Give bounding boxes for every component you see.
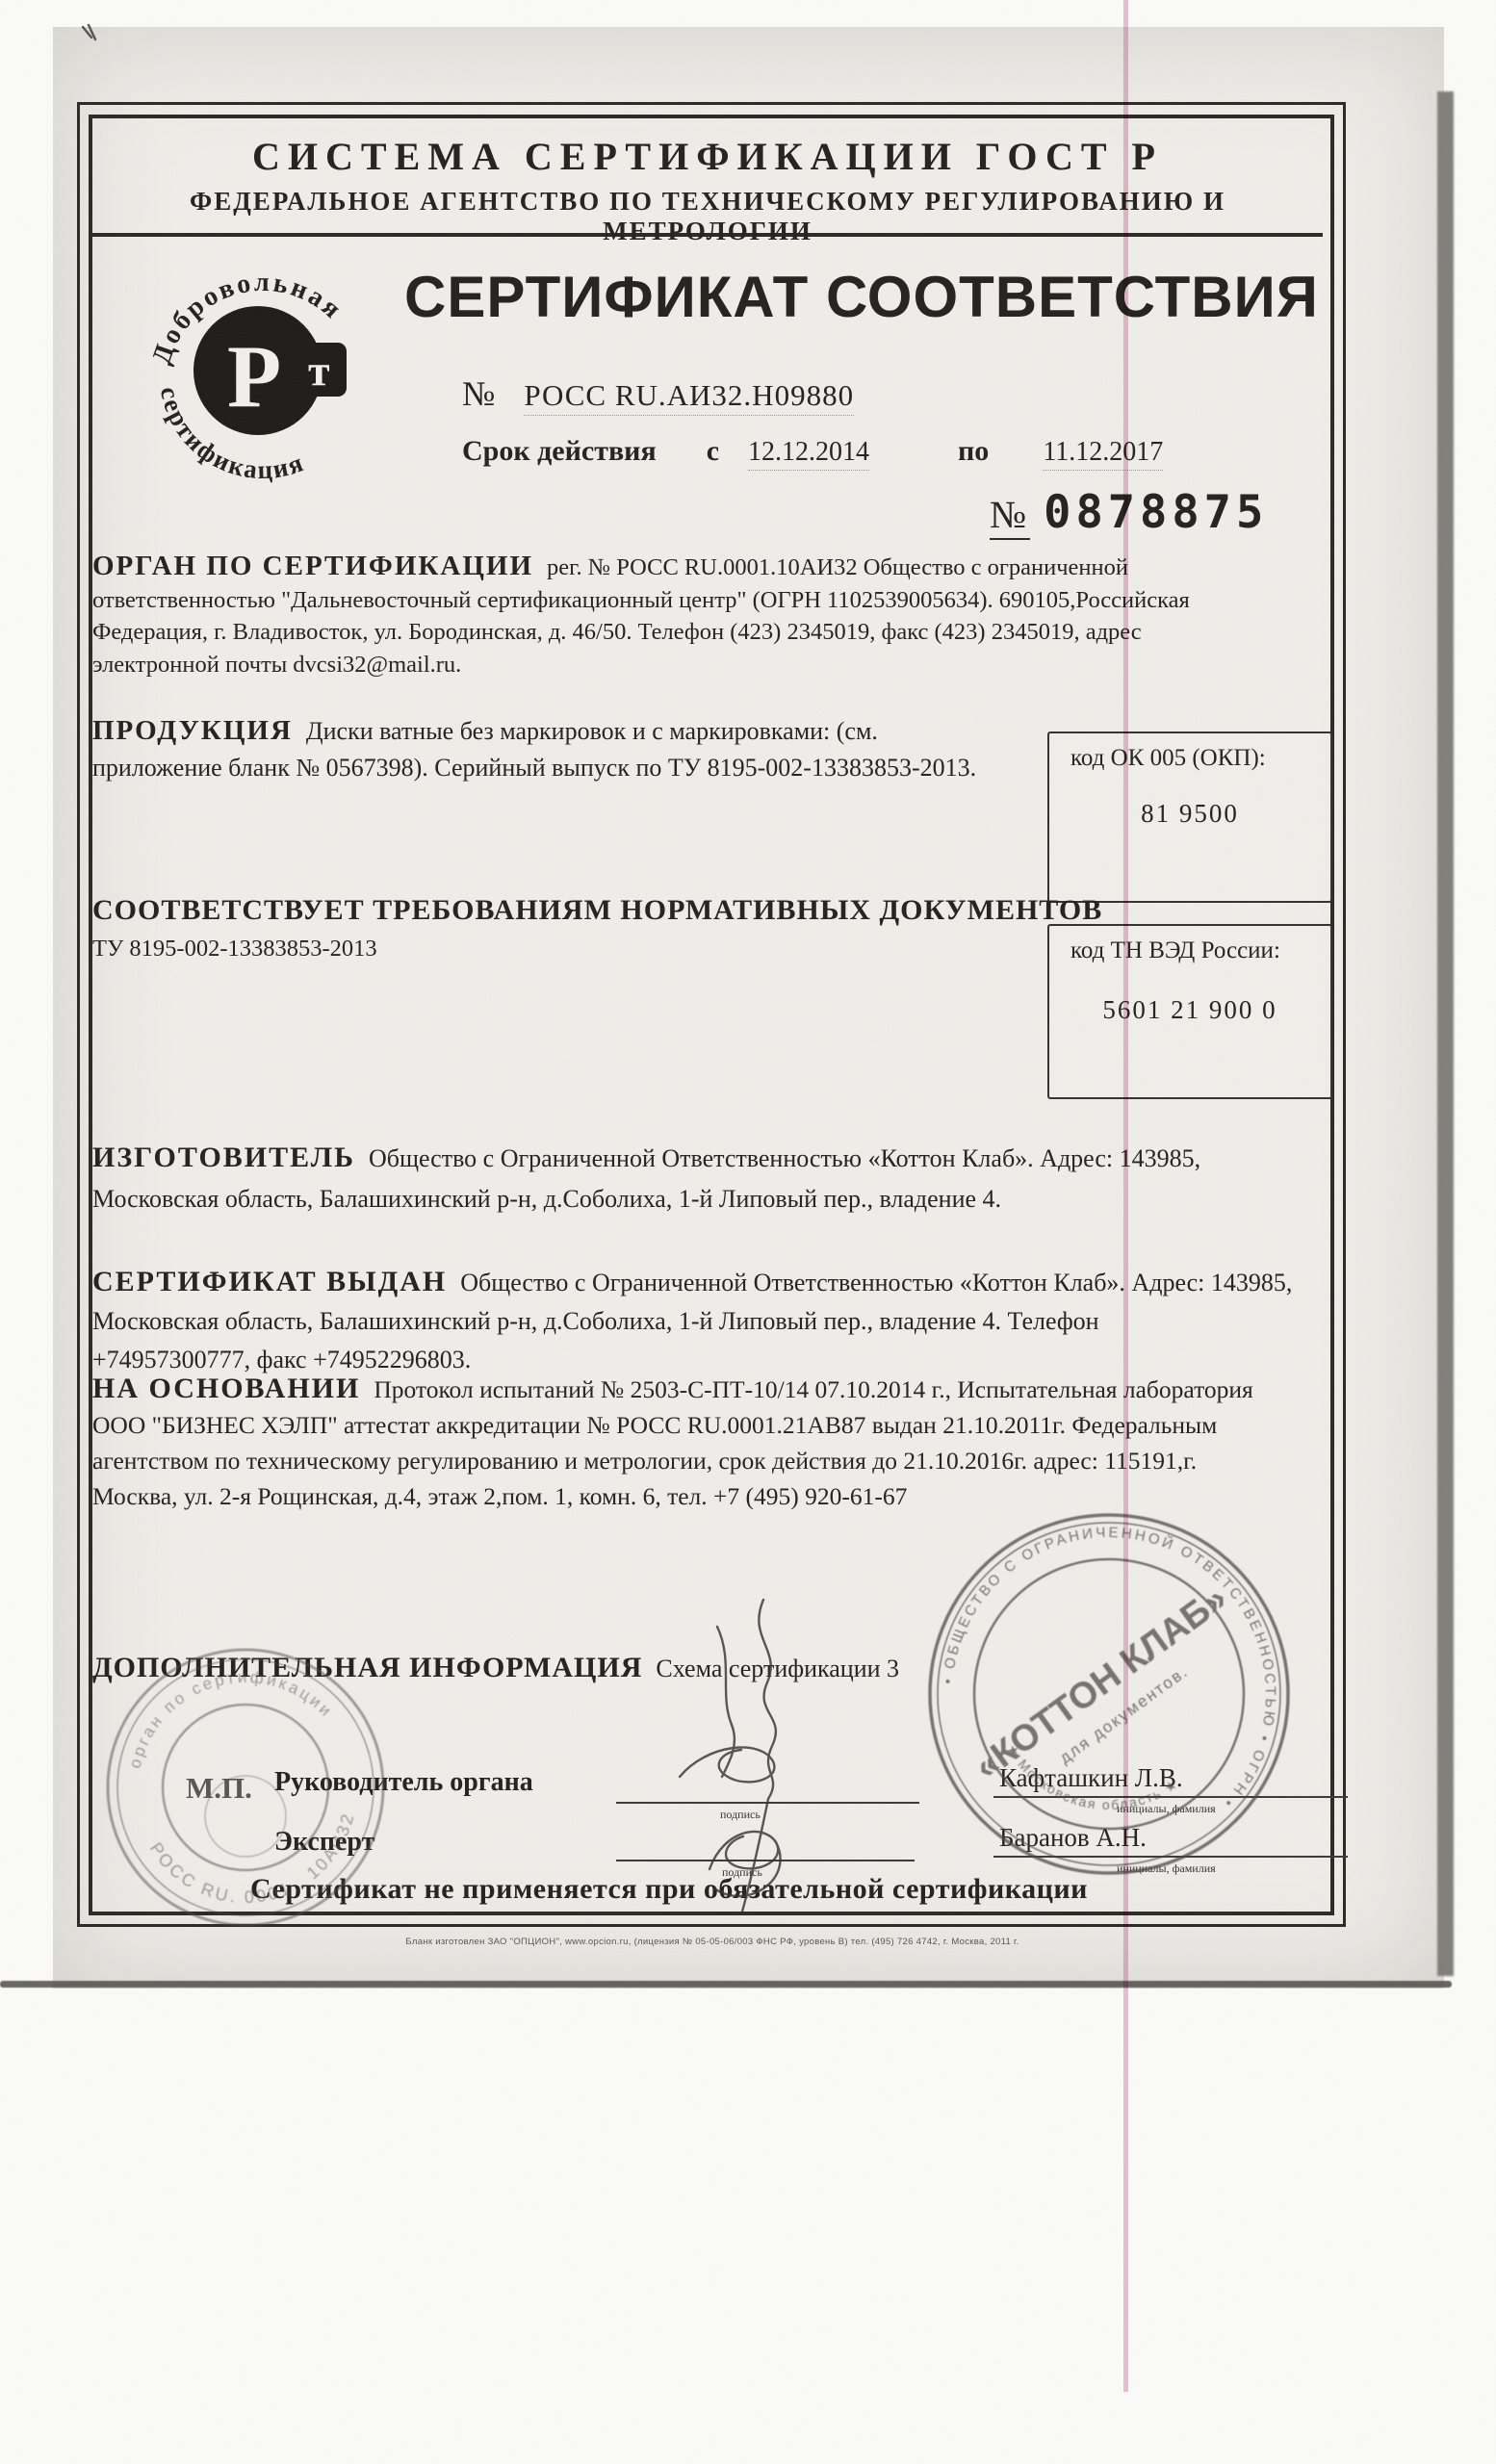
handwritten-signatures xyxy=(0,0,1496,2464)
scanned-certificate-page: СИСТЕМА СЕРТИФИКАЦИИ ГОСТ Р ФЕДЕРАЛЬНОЕ … xyxy=(0,0,1496,2464)
scanner-pink-streak xyxy=(1123,0,1128,2392)
